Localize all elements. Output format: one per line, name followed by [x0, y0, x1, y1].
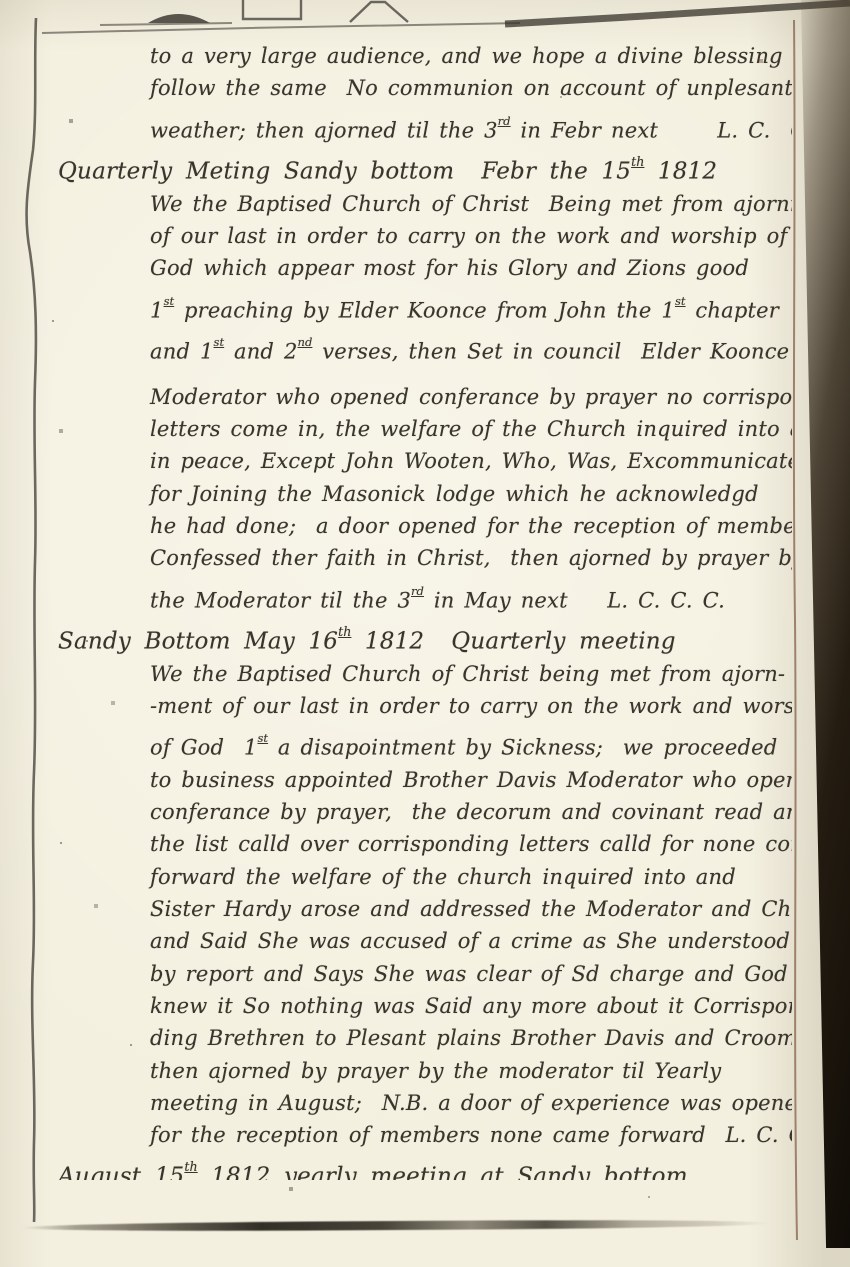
- dome-baseline: [100, 23, 232, 25]
- entry-heading-line: Sandy Bottom May 16th 1812 Quarterly mee…: [58, 616, 792, 658]
- handwritten-line: -ment of our last in order to carry on t…: [58, 690, 792, 722]
- handwritten-line: to a very large audience, and we hope a …: [58, 40, 792, 72]
- handwritten-line: forward the welfare of the church inquir…: [58, 861, 792, 893]
- interline-annotation: (ng: [789, 356, 792, 371]
- handwritten-line: We the Baptised Church of Christ being m…: [58, 658, 792, 690]
- handwritten-line: for Joining the Masonick lodge which he …: [58, 478, 792, 510]
- handwritten-line: he had done; a door opened for the recep…: [58, 510, 792, 542]
- handwritten-line: the list calld over corrisponding letter…: [58, 828, 792, 860]
- handwritten-line: We the Baptised Church of Christ Being m…: [58, 188, 792, 220]
- right-page-edge: [794, 20, 797, 1240]
- handwritten-line: by report and Says She was clear of Sd c…: [58, 958, 792, 990]
- handwritten-text: to a very large audience, and we hope a …: [58, 40, 792, 1180]
- handwritten-line: of God 1st a disapointment by Sickness; …: [58, 722, 792, 764]
- handwritten-line: follow the same No communion on account …: [58, 72, 792, 104]
- handwritten-line: meeting in August; N.B. a door of experi…: [58, 1087, 792, 1119]
- handwritten-line: letters come in, the welfare of the Chur…: [58, 413, 792, 445]
- binding-gutter-shadow: [793, 0, 850, 1248]
- torn-left-edge: [27, 18, 36, 1222]
- handwritten-line: Sister Hardy arose and addressed the Mod…: [58, 893, 792, 925]
- bottom-smudge: [22, 1219, 770, 1233]
- handwritten-line: Moderator who opened conferance by praye…: [58, 381, 792, 413]
- entry-heading-line: Quarterly Meting Sandy bottom Febr the 1…: [58, 146, 792, 188]
- handwritten-line: in peace, Except John Wooten, Who, Was, …: [58, 445, 792, 477]
- handwritten-line: conferance by prayer, the decorum and co…: [58, 796, 792, 828]
- handwritten-line: and Said She was accused of a crime as S…: [58, 925, 792, 957]
- top-right-smear: [505, 3, 850, 24]
- handwritten-line: the Moderator til the 3rd in May next L.…: [58, 575, 792, 617]
- bracket-mark: [243, 0, 301, 19]
- handwritten-line: Confessed ther faith in Christ, then ajo…: [58, 542, 792, 574]
- dome-mark: [148, 14, 210, 23]
- handwritten-line: God which appear most for his Glory and …: [58, 252, 792, 284]
- handwritten-line: then ajorned by prayer by the moderator …: [58, 1055, 792, 1087]
- handwritten-line: ding Brethren to Plesant plains Brother …: [58, 1022, 792, 1054]
- handwritten-line: and 1st and 2nd verses, then Set in coun…: [58, 326, 792, 381]
- handwritten-line: to business appointed Brother Davis Mode…: [58, 764, 792, 796]
- handwritten-line: for the reception of members none came f…: [58, 1119, 792, 1151]
- paper-speckles: [0, 0, 2, 2]
- trapezoid-mark: [350, 2, 408, 22]
- top-edge-line: [42, 23, 520, 33]
- handwritten-line: weather; then ajorned til the 3rd in Feb…: [58, 105, 792, 147]
- handwritten-line: of our last in order to carry on the wor…: [58, 220, 792, 252]
- handwritten-line: 1st preaching by Elder Koonce from John …: [58, 285, 792, 327]
- manuscript-page: to a very large audience, and we hope a …: [0, 0, 850, 1267]
- handwritten-line: knew it So nothing was Said any more abo…: [58, 990, 792, 1022]
- entry-heading-line: August 15th 1812 yearly meeting at Sandy…: [58, 1151, 792, 1180]
